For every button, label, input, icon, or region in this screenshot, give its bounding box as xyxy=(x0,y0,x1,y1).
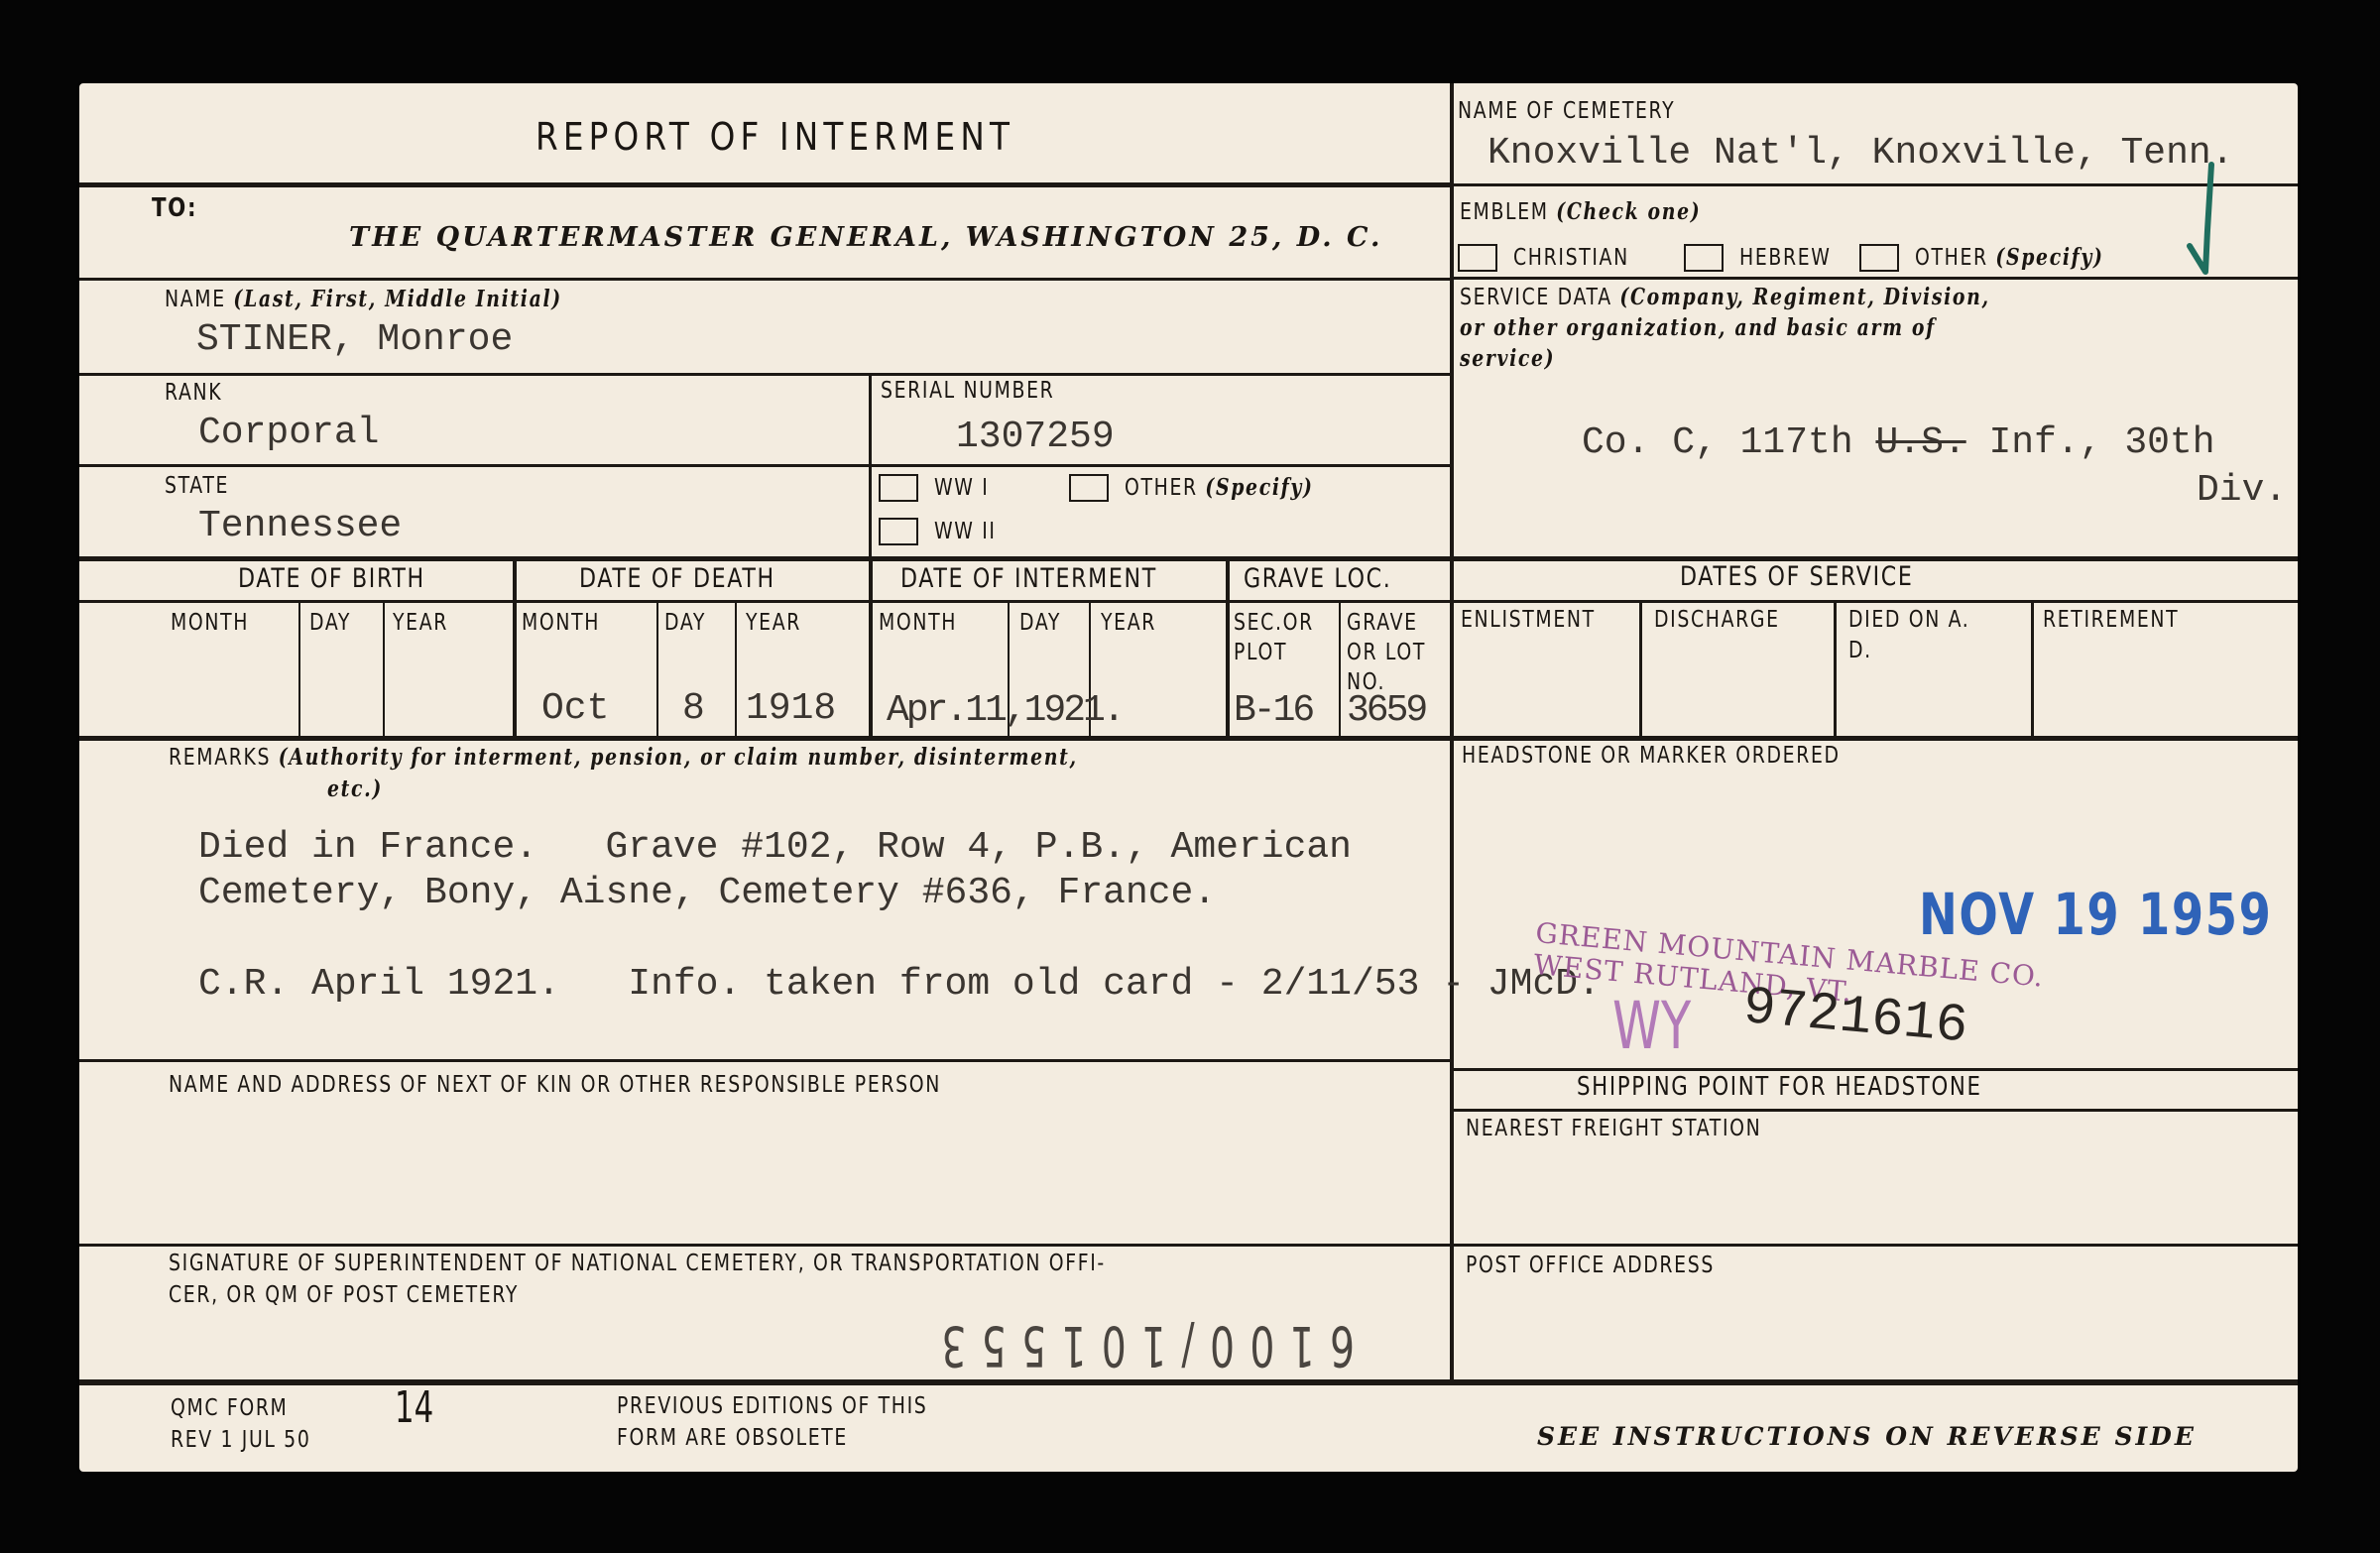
stamp-code-prefix: WY xyxy=(1612,988,1691,1064)
name-label: NAME (Last, First, Middle Initial) xyxy=(165,284,562,315)
emblem-christian-checkbox[interactable] xyxy=(1458,244,1497,272)
form-name-1: QMC FORM xyxy=(171,1392,288,1424)
date-stamp: NOV 19 1959 xyxy=(1919,881,2273,948)
grave-sec-label-1: SEC.OR xyxy=(1234,607,1314,639)
rule xyxy=(79,278,1452,281)
rule xyxy=(79,373,1452,376)
form-name-2: REV 1 JUL 50 xyxy=(171,1424,310,1456)
service-value-line1: Co. C, 117th U.S. Inf., 30th xyxy=(1582,420,2215,466)
rule xyxy=(79,600,2298,603)
cemetery-label: NAME OF CEMETERY xyxy=(1458,95,1675,127)
rule xyxy=(79,1059,1452,1062)
service-hint-1: (Company, Regiment, Division, xyxy=(1619,284,1989,310)
ww1-checkbox[interactable] xyxy=(879,474,918,502)
upside-down-number: 6100/101553 xyxy=(828,1313,1453,1377)
service-value-line2: Div. xyxy=(2197,468,2287,514)
ww1-label: WW I xyxy=(934,472,989,504)
rule xyxy=(735,601,737,737)
retirement-label: RETIREMENT xyxy=(2043,604,2179,636)
obsolete-notice-2: FORM ARE OBSOLETE xyxy=(617,1422,848,1454)
interment-day-label: DAY xyxy=(1019,607,1061,639)
emblem-other-text: OTHER xyxy=(1915,245,1988,271)
rule xyxy=(1452,277,2298,280)
remarks-line-1: Died in France. Grave #102, Row 4, P.B.,… xyxy=(198,825,1352,871)
form-number: 14 xyxy=(395,1382,433,1433)
service-value-a: Co. C, 117th xyxy=(1582,421,1853,464)
service-hint-3-text: service) xyxy=(1460,345,1555,372)
emblem-hebrew-label: HEBREW xyxy=(1739,242,1832,274)
service-value-struck: U.S. xyxy=(1875,421,1965,464)
death-day-value: 8 xyxy=(682,686,705,732)
remarks-hint-2: etc.) xyxy=(327,774,383,805)
signature-label-1: SIGNATURE OF SUPERINTENDENT OF NATIONAL … xyxy=(169,1248,1106,1279)
grave-sec-value: B-16 xyxy=(1234,688,1312,734)
birth-month-label: MONTH xyxy=(171,607,249,639)
died-ad-label-2: D. xyxy=(1848,635,1872,666)
rank-label: RANK xyxy=(165,377,222,409)
remarks-line-3: C.R. April 1921. Info. taken from old ca… xyxy=(198,962,1601,1008)
cemetery-value: Knoxville Nat'l, Knoxville, Tenn. xyxy=(1487,131,2234,177)
checkmark-icon xyxy=(2184,161,2223,280)
name-value: STINER, Monroe xyxy=(196,317,513,363)
post-office-label: POST OFFICE ADDRESS xyxy=(1466,1250,1715,1281)
form-title: REPORT OF INTERMENT xyxy=(535,115,1014,159)
rule xyxy=(298,601,300,737)
rule xyxy=(79,182,1452,187)
rule xyxy=(1834,601,1837,737)
service-label-text: SERVICE DATA xyxy=(1460,285,1612,310)
birth-year-label: YEAR xyxy=(393,607,448,639)
rule xyxy=(1639,601,1642,737)
interment-card: REPORT OF INTERMENT NAME OF CEMETERY Kno… xyxy=(79,83,2298,1472)
rule xyxy=(1452,1109,2298,1112)
died-ad-label-1: DIED ON A. xyxy=(1848,604,1969,636)
war-other-hint: (Specify) xyxy=(1205,474,1313,501)
grave-lot-label-2: OR LOT xyxy=(1347,637,1426,668)
birth-day-label: DAY xyxy=(309,607,351,639)
grave-sec-label-2: PLOT xyxy=(1234,637,1287,668)
service-hint-3: service) xyxy=(1460,343,1555,375)
shipping-label: SHIPPING POINT FOR HEADSTONE xyxy=(1577,1071,1982,1103)
death-year-label: YEAR xyxy=(746,607,801,639)
discharge-label: DISCHARGE xyxy=(1654,604,1780,636)
interment-header: DATE OF INTERMENT xyxy=(900,563,1157,595)
freight-label: NEAREST FREIGHT STATION xyxy=(1466,1113,1761,1144)
to-label: TO: xyxy=(152,192,197,224)
death-day-label: DAY xyxy=(664,607,706,639)
stamp-code-number: 9721616 xyxy=(1741,986,1969,1051)
remarks-label: REMARKS (Authority for interment, pensio… xyxy=(169,742,1078,774)
emblem-hebrew-checkbox[interactable] xyxy=(1684,244,1724,272)
interment-month-label: MONTH xyxy=(879,607,957,639)
obsolete-notice-1: PREVIOUS EDITIONS OF THIS xyxy=(617,1390,927,1422)
remarks-hint-2-text: etc.) xyxy=(327,776,383,802)
name-label-text: NAME xyxy=(165,287,226,312)
death-month-value: Oct xyxy=(541,686,609,732)
remarks-hint-1: (Authority for interment, pension, or cl… xyxy=(279,744,1078,771)
instructions-notice: SEE INSTRUCTIONS ON REVERSE SIDE xyxy=(1537,1422,2197,1451)
rule xyxy=(1339,601,1341,737)
war-other-label: OTHER (Specify) xyxy=(1125,472,1314,504)
state-label: STATE xyxy=(165,470,229,502)
death-year-value: 1918 xyxy=(746,686,836,732)
rule xyxy=(79,736,2298,741)
serial-label: SERIAL NUMBER xyxy=(881,375,1054,407)
birth-header: DATE OF BIRTH xyxy=(238,563,425,595)
interment-date-value: Apr.11,1921. xyxy=(887,688,1123,734)
emblem-label: EMBLEM (Check one) xyxy=(1460,196,1701,228)
rule xyxy=(383,601,385,737)
ww2-checkbox[interactable] xyxy=(879,518,918,545)
service-hint-2-text: or other organization, and basic arm of xyxy=(1460,314,1936,341)
service-value-b: Inf., 30th xyxy=(1989,421,2215,464)
rank-value: Corporal xyxy=(198,411,379,456)
to-value: THE QUARTERMASTER GENERAL, WASHINGTON 25… xyxy=(349,222,1382,253)
rule xyxy=(1452,183,2298,186)
enlistment-label: ENLISTMENT xyxy=(1461,604,1596,636)
rule xyxy=(79,556,2298,561)
remarks-line-2: Cemetery, Bony, Aisne, Cemetery #636, Fr… xyxy=(198,871,1216,916)
war-other-text: OTHER xyxy=(1125,475,1198,501)
rule xyxy=(79,1244,2298,1247)
emblem-christian-label: CHRISTIAN xyxy=(1513,242,1629,274)
grave-lot-label-1: GRAVE xyxy=(1347,607,1418,639)
death-header: DATE OF DEATH xyxy=(579,563,775,595)
rule xyxy=(79,464,1452,467)
rule xyxy=(2031,601,2034,737)
kin-label: NAME AND ADDRESS OF NEXT OF KIN OR OTHER… xyxy=(169,1069,941,1101)
rule xyxy=(869,373,872,558)
death-month-label: MONTH xyxy=(522,607,600,639)
emblem-label-text: EMBLEM xyxy=(1460,199,1549,225)
headstone-label: HEADSTONE OR MARKER ORDERED xyxy=(1462,740,1841,772)
rule xyxy=(869,558,873,738)
emblem-other-label: OTHER (Specify) xyxy=(1915,242,2104,274)
rule xyxy=(1226,558,1230,738)
emblem-hint: (Check one) xyxy=(1556,198,1701,225)
rule xyxy=(513,558,517,738)
interment-year-label: YEAR xyxy=(1101,607,1156,639)
signature-label-2: CER, OR QM OF POST CEMETERY xyxy=(169,1279,519,1311)
state-value: Tennessee xyxy=(198,504,402,549)
emblem-other-checkbox[interactable] xyxy=(1859,244,1899,272)
name-hint: (Last, First, Middle Initial) xyxy=(233,286,561,312)
ww2-label: WW II xyxy=(934,516,997,547)
service-label: SERVICE DATA (Company, Regiment, Divisio… xyxy=(1460,282,1990,313)
emblem-other-hint: (Specify) xyxy=(1995,244,2103,271)
grave-lot-value: 3659 xyxy=(1347,688,1425,734)
rule xyxy=(656,601,658,737)
grave-header: GRAVE LOC. xyxy=(1244,563,1391,595)
service-hint-2: or other organization, and basic arm of xyxy=(1460,312,1936,344)
war-other-checkbox[interactable] xyxy=(1069,474,1109,502)
remarks-label-text: REMARKS xyxy=(169,745,271,771)
service-dates-header: DATES OF SERVICE xyxy=(1680,561,1913,593)
serial-value: 1307259 xyxy=(956,415,1115,460)
